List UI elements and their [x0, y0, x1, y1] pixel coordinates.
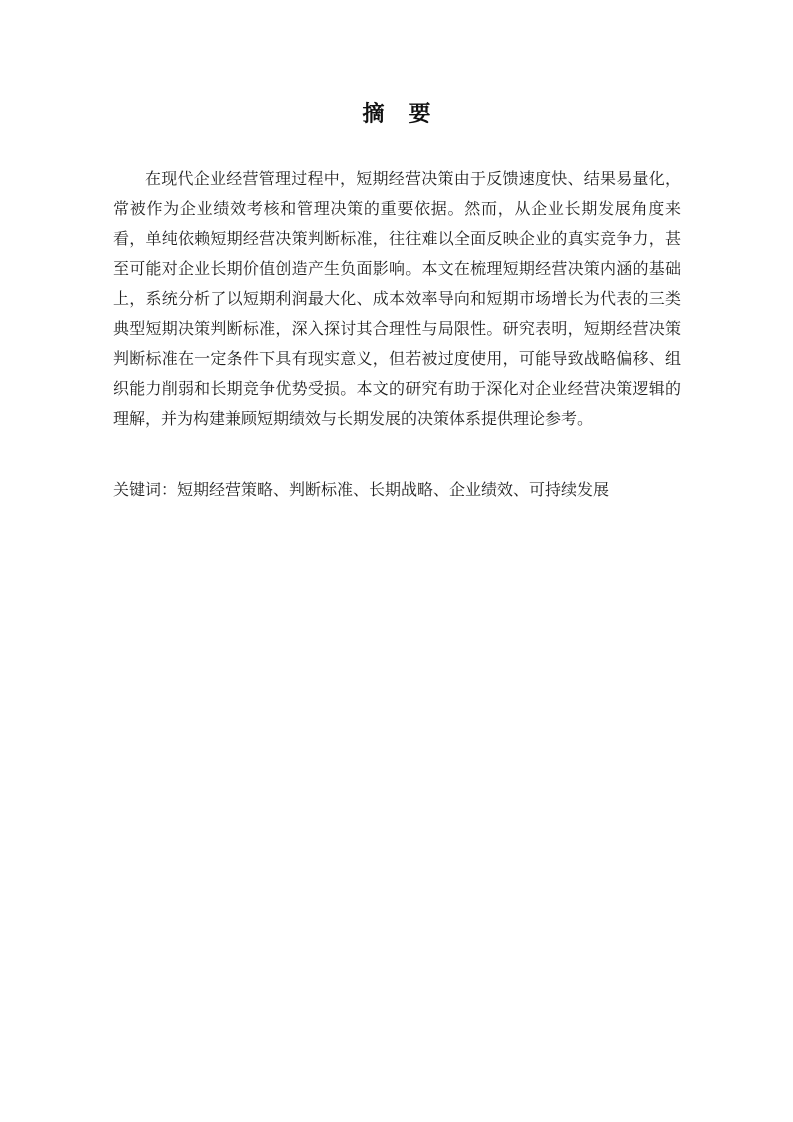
keywords-text: 短期经营策略、判断标准、长期战略、企业绩效、可持续发展: [177, 482, 609, 499]
page-content: 摘 要 在现代企业经营管理过程中，短期经营决策由于反馈速度快、结果易量化，常被作…: [0, 0, 793, 506]
document-page: 摘 要 在现代企业经营管理过程中，短期经营决策由于反馈速度快、结果易量化，常被作…: [0, 0, 793, 1122]
abstract-title: 摘 要: [113, 0, 681, 129]
abstract-paragraph: 在现代企业经营管理过程中，短期经营决策由于反馈速度快、结果易量化，常被作为企业绩…: [113, 165, 681, 435]
keywords-label: 关键词：: [113, 482, 177, 499]
keywords-line: 关键词：短期经营策略、判断标准、长期战略、企业绩效、可持续发展: [113, 476, 681, 506]
